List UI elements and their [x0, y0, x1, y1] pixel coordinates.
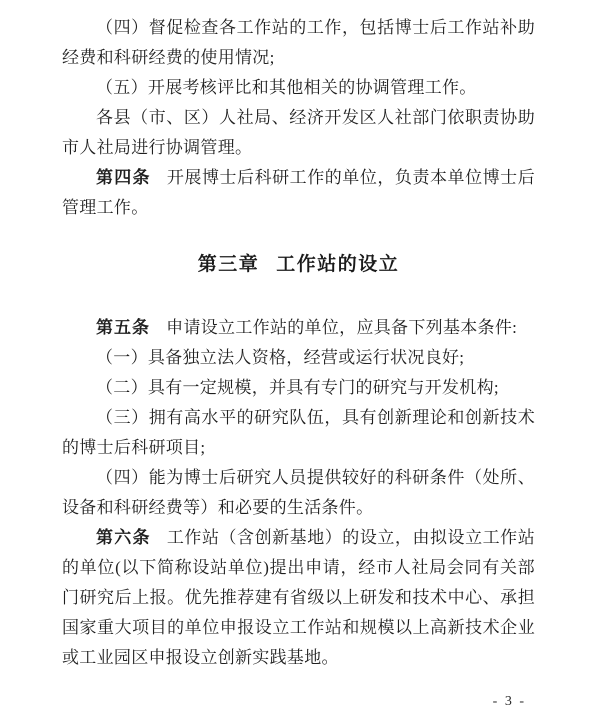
- paragraph-item-4-duties: （四）督促检查各工作站的工作，包括博士后工作站补助经费和科研经费的使用情况;: [62, 13, 535, 73]
- paragraph-text: （一）具备独立法人资格，经营或运行状况良好;: [96, 348, 464, 367]
- paragraph-article-5: 第五条申请设立工作站的单位，应具备下列基本条件:: [62, 313, 535, 343]
- paragraph-condition-1: （一）具备独立法人资格，经营或运行状况良好;: [62, 343, 535, 373]
- paragraph-text: （五）开展考核评比和其他相关的协调管理工作。: [96, 78, 477, 97]
- paragraph-text: 各县（市、区）人社局、经济开发区人社部门依职责协助市人社局进行协调管理。: [62, 108, 535, 157]
- paragraph-text: 工作站（含创新基地）的设立，由拟设立工作站的单位(以下简称设站单位)提出申请，经…: [62, 528, 535, 667]
- article-number: 第六条: [96, 528, 151, 547]
- chapter-heading: 第三章工作站的设立: [62, 250, 535, 280]
- paragraph-county-bureaus: 各县（市、区）人社局、经济开发区人社部门依职责协助市人社局进行协调管理。: [62, 103, 535, 163]
- paragraph-condition-4: （四）能为博士后研究人员提供较好的科研条件（处所、设备和科研经费等）和必要的生活…: [62, 463, 535, 523]
- document-page: （四）督促检查各工作站的工作，包括博士后工作站补助经费和科研经费的使用情况; （…: [0, 0, 592, 721]
- paragraph-text: （四）能为博士后研究人员提供较好的科研条件（处所、设备和科研经费等）和必要的生活…: [62, 468, 535, 517]
- paragraph-condition-3: （三）拥有高水平的研究队伍，具有创新理论和创新技术的博士后科研项目;: [62, 403, 535, 463]
- article-number: 第四条: [96, 168, 151, 187]
- paragraph-condition-2: （二）具有一定规模，并具有专门的研究与开发机构;: [62, 373, 535, 403]
- paragraph-article-4: 第四条开展博士后科研工作的单位，负责本单位博士后管理工作。: [62, 163, 535, 223]
- page-number: - 3 -: [493, 692, 526, 712]
- paragraph-article-6: 第六条工作站（含创新基地）的设立，由拟设立工作站的单位(以下简称设站单位)提出申…: [62, 523, 535, 673]
- paragraph-item-5-duties: （五）开展考核评比和其他相关的协调管理工作。: [62, 73, 535, 103]
- paragraph-text: （二）具有一定规模，并具有专门的研究与开发机构;: [96, 378, 499, 397]
- paragraph-text: （四）督促检查各工作站的工作，包括博士后工作站补助经费和科研经费的使用情况;: [62, 18, 535, 67]
- document-body: （四）督促检查各工作站的工作，包括博士后工作站补助经费和科研经费的使用情况; （…: [62, 13, 535, 673]
- paragraph-text: （三）拥有高水平的研究队伍，具有创新理论和创新技术的博士后科研项目;: [62, 408, 535, 457]
- chapter-number: 第三章: [198, 254, 260, 275]
- article-number: 第五条: [96, 318, 150, 337]
- chapter-title: 工作站的设立: [276, 254, 399, 275]
- paragraph-text: 申请设立工作站的单位，应具备下列基本条件:: [166, 318, 517, 337]
